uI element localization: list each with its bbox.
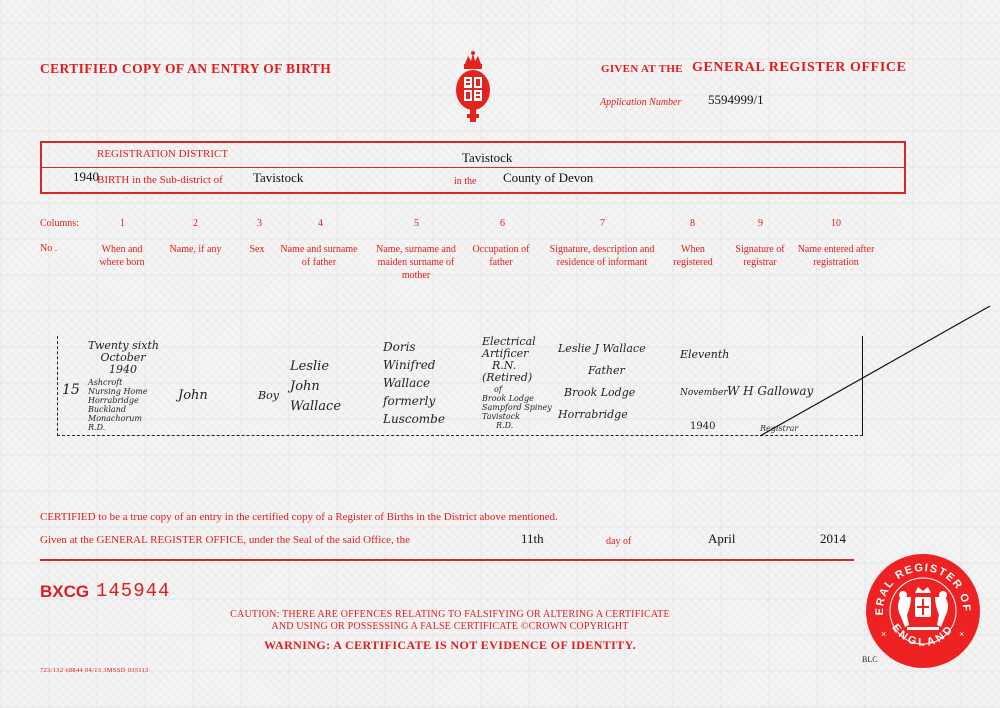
caution-line-1: CAUTION: THERE ARE OFFENCES RELATING TO …: [200, 609, 700, 621]
subdistrict-label: BIRTH in the Sub-district of: [97, 174, 223, 186]
birthplace-line: Buckland: [88, 405, 148, 414]
column-number: 4: [318, 218, 323, 229]
address-line: R.D.: [482, 421, 552, 430]
informant-description: Father: [558, 360, 646, 382]
column-header-when-born: When and where born: [92, 243, 152, 269]
footer-print-code: 723/132 68844 04/13 3MSSD 035113: [40, 667, 149, 674]
informant-signature: Leslie J Wallace: [558, 338, 646, 360]
column-header-registrar: Signature of registrar: [730, 243, 790, 269]
column-number: 9: [758, 218, 763, 229]
columns-label: Columns:: [40, 218, 79, 229]
royal-coat-of-arms-icon: [455, 50, 491, 128]
address-line: of: [482, 385, 552, 394]
column-header-informant: Signature, description and residence of …: [542, 243, 662, 269]
birthplace-line: Nursing Home: [88, 387, 148, 396]
informant-residence: Horrabridge: [558, 404, 646, 426]
birthplace-line: R.D.: [88, 423, 148, 432]
svg-text:×: ×: [959, 629, 964, 639]
column-number: 10: [831, 218, 841, 229]
mother-name-line: Wallace: [383, 374, 445, 392]
birth-date-year: 1940: [88, 364, 158, 376]
father-surname: Wallace: [290, 397, 341, 417]
entry-father-address: of Brook Lodge Sampford Spiney Tavistock…: [482, 385, 552, 430]
registered-month: November: [680, 387, 728, 399]
birthplace-line: Monachorum: [88, 414, 148, 423]
column-number: 5: [414, 218, 419, 229]
certificate-title: CERTIFIED COPY OF AN ENTRY OF BIRTH: [40, 61, 331, 77]
office-name: GENERAL REGISTER OFFICE: [692, 60, 907, 76]
registration-district-value: Tavistock: [462, 150, 512, 166]
entry-occupation: Electrical Artificer R.N. (Retired): [482, 336, 536, 384]
issue-month: April: [708, 531, 735, 547]
mother-name-line: Winifred: [383, 356, 445, 374]
father-middle-name: John: [290, 377, 341, 397]
column-header-mother: Name, surname and maiden surname of moth…: [370, 243, 462, 282]
cancellation-diagonal-line: [760, 300, 1000, 445]
address-line: Tavistock: [482, 412, 552, 421]
column-number: 1: [120, 218, 125, 229]
column-header-sex: Sex: [242, 243, 272, 256]
application-number: 5594999/1: [708, 92, 764, 108]
subdistrict-value: Tavistock: [253, 170, 303, 186]
entry-mother: Doris Winifred Wallace formerly Luscombe: [383, 338, 445, 428]
in-the-label: in the: [454, 176, 477, 187]
certification-rule: [40, 559, 854, 561]
entry-where-born: Ashcroft Nursing Home Horrabridge Buckla…: [88, 378, 148, 432]
column-header-occupation: Occupation of father: [472, 243, 530, 269]
column-number: 6: [500, 218, 505, 229]
column-header-name: Name, if any: [163, 243, 228, 256]
address-line: Brook Lodge: [482, 394, 552, 403]
column-number: 2: [193, 218, 198, 229]
given-statement: Given at the GENERAL REGISTER OFFICE, un…: [40, 534, 410, 546]
seal-initials: BLC: [862, 655, 878, 664]
mother-name-line: Luscombe: [383, 410, 445, 428]
county-value: County of Devon: [503, 170, 593, 186]
mother-name-line: Doris: [383, 338, 445, 356]
day-of-label: day of: [606, 536, 631, 547]
district-divider: [42, 167, 904, 168]
column-number: 3: [257, 218, 262, 229]
entry-child-name: John: [178, 390, 208, 402]
mother-name-line: formerly: [383, 392, 445, 410]
entry-informant: Leslie J Wallace Father Brook Lodge Horr…: [558, 338, 646, 426]
issue-day: 11th: [521, 531, 544, 547]
identity-warning: WARNING: A CERTIFICATE IS NOT EVIDENCE O…: [200, 638, 700, 653]
address-line: Sampford Spiney: [482, 403, 552, 412]
column-number: 8: [690, 218, 695, 229]
serial-prefix: BXCG: [40, 582, 89, 602]
column-header-father: Name and surname of father: [278, 243, 360, 269]
serial-number: 145944: [96, 580, 170, 602]
registered-year: 1940: [690, 421, 715, 433]
entry-number: 15: [62, 384, 80, 396]
caution-notice: CAUTION: THERE ARE OFFENCES RELATING TO …: [200, 609, 700, 633]
father-forename: Leslie: [290, 357, 341, 377]
registered-day: Eleventh: [680, 349, 729, 361]
informant-residence: Brook Lodge: [558, 382, 646, 404]
certified-statement: CERTIFIED to be a true copy of an entry …: [40, 511, 558, 523]
application-number-label: Application Number: [600, 97, 681, 108]
birthplace-line: Horrabridge: [88, 396, 148, 405]
given-at-label: GIVEN AT THE: [601, 63, 683, 75]
birthplace-line: Ashcroft: [88, 378, 148, 387]
column-header-name-after: Name entered after registration: [796, 243, 876, 269]
entry-father: Leslie John Wallace: [290, 357, 341, 417]
entry-when-born: Twenty sixth October 1940: [88, 340, 158, 376]
caution-line-2: AND USING OR POSSESSING A FALSE CERTIFIC…: [200, 621, 700, 633]
occupation-line: (Retired): [482, 372, 536, 384]
general-register-office-seal-icon: GENERAL REGISTER OFFICE ENGLAND × ×: [865, 553, 981, 669]
entry-sex: Boy: [258, 390, 279, 402]
registration-district-label: REGISTRATION DISTRICT: [97, 148, 228, 160]
column-number: 7: [600, 218, 605, 229]
svg-text:×: ×: [881, 629, 886, 639]
number-label: No .: [40, 243, 57, 254]
column-header-when-registered: When registered: [668, 243, 718, 269]
birth-year: 1940: [73, 169, 99, 185]
issue-year: 2014: [820, 531, 846, 547]
